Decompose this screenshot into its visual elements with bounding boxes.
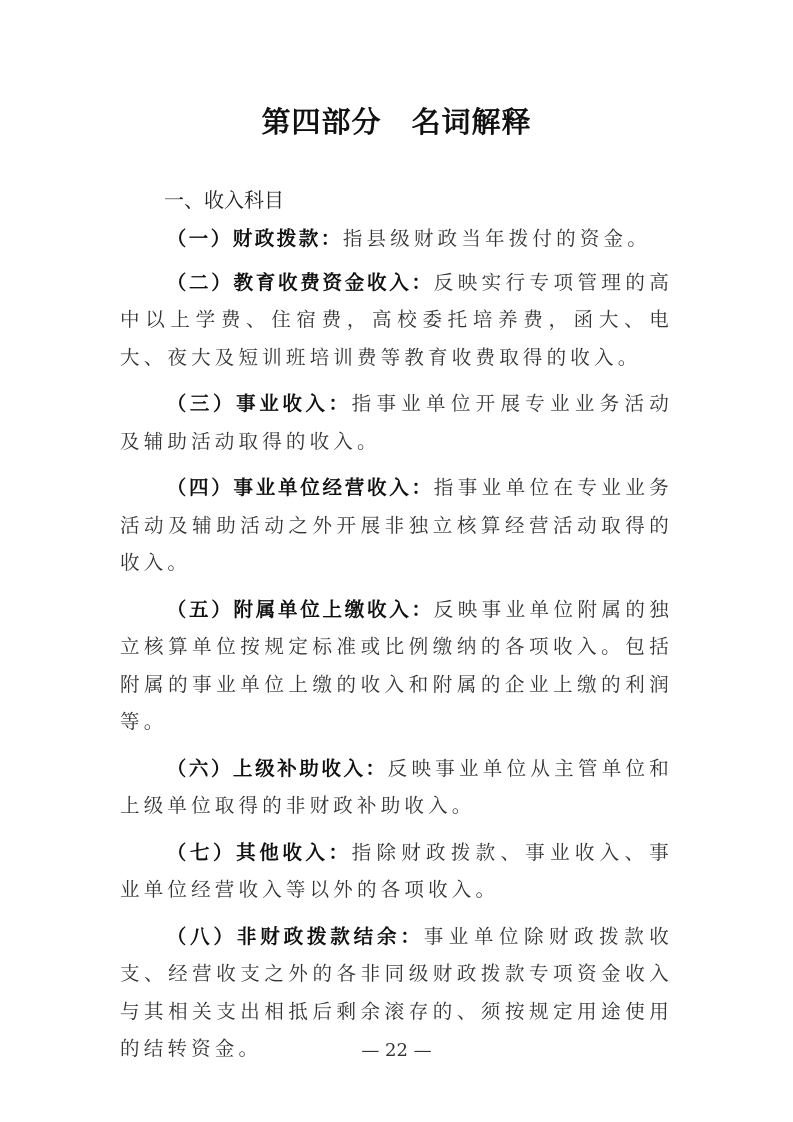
definition-text: 指县级财政当年拨付的资金。: [343, 227, 651, 250]
definition-term: （二）教育收费资金收入：: [167, 271, 434, 294]
definition-item-3: （三）事业收入：指事业单位开展专业业务活动及辅助活动取得的收入。: [120, 385, 673, 460]
definition-item-6: （六）上级补助收入：反映事业单位从主管单位和上级单位取得的非财政补助收入。: [120, 750, 673, 825]
page-number: — 22 —: [0, 1040, 793, 1061]
page-title: 第四部分 名词解释: [0, 100, 793, 141]
definition-term: （七）其他收入：: [167, 841, 352, 864]
definition-item-7: （七）其他收入：指除财政拨款、事业收入、事业单位经营收入等以外的各项收入。: [120, 834, 673, 909]
definition-term: （三）事业收入：: [167, 392, 352, 415]
definition-term: （六）上级补助收入：: [167, 757, 388, 780]
definition-item-2: （二）教育收费资金收入：反映实行专项管理的高中以上学费、住宿费，高校委托培养费，…: [120, 264, 673, 377]
definition-term: （八）非财政拨款结余：: [167, 925, 424, 948]
document-body: 一、收入科目 （一）财政拨款：指县级财政当年拨付的资金。 （二）教育收费资金收入…: [120, 180, 673, 1077]
definition-item-1: （一）财政拨款：指县级财政当年拨付的资金。: [120, 220, 673, 258]
section-heading: 一、收入科目: [164, 180, 673, 220]
definition-term: （四）事业单位经营收入：: [167, 476, 434, 499]
definition-item-4: （四）事业单位经营收入：指事业单位在专业业务活动及辅助活动之外开展非独立核算经营…: [120, 469, 673, 582]
definition-term: （五）附属单位上缴收入：: [167, 598, 434, 621]
definition-term: （一）财政拨款：: [167, 227, 343, 250]
definition-item-5: （五）附属单位上缴收入：反映事业单位附属的独立核算单位按规定标准或比例缴纳的各项…: [120, 591, 673, 741]
